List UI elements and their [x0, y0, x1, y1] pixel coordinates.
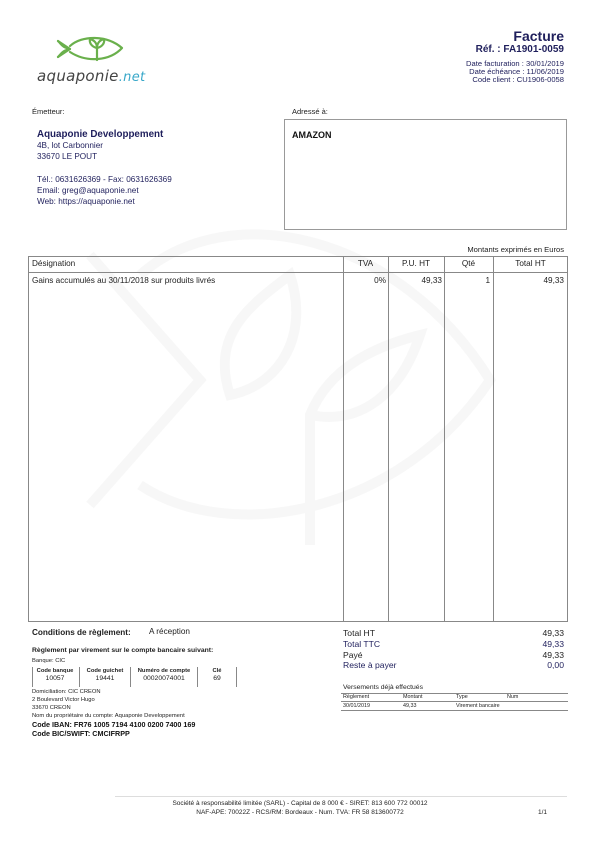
bank-code-value: 10057	[33, 675, 77, 682]
rib-key: Clé 69	[198, 668, 236, 682]
branch-code-header: Code guichet	[80, 668, 130, 674]
bic-swift: Code BIC/SWIFT: CMCIFRPP	[32, 729, 130, 738]
payments-made-title: Versements déjà effectués	[343, 684, 423, 691]
col-header-tva: TVA	[343, 259, 388, 268]
cell-total-ht: 49,33	[493, 276, 564, 285]
account-number: Numéro de compte 00020074001	[131, 668, 197, 682]
table-header-divider	[28, 272, 568, 273]
account-number-value: 00020074001	[131, 675, 197, 682]
account-number-header: Numéro de compte	[131, 668, 197, 674]
emitter-address2: 33670 LE POUT	[37, 152, 97, 161]
bank-name: Banque: CIC	[32, 658, 65, 664]
payments-header-amount: Montant	[403, 694, 422, 700]
remaining-value: 0,00	[547, 660, 564, 670]
payments-header-num: Num	[507, 694, 518, 700]
emitter-email: Email: greg@aquaponie.net	[37, 186, 139, 195]
bank-address2: 33670 CREON	[32, 705, 71, 711]
branch-code: Code guichet 19441	[80, 668, 130, 682]
footer-legal-line1: Société à responsabilité limitée (SARL) …	[100, 800, 500, 807]
bank-divider	[236, 667, 237, 687]
payment-type: Virement bancaire	[456, 703, 500, 709]
emitter-web: Web: https://aquaponie.net	[37, 197, 135, 206]
total-ht-value: 49,33	[542, 628, 564, 638]
payments-divider	[341, 693, 568, 694]
payments-divider	[341, 701, 568, 702]
payment-conditions-label: Conditions de règlement:	[32, 628, 131, 637]
footer-divider	[115, 796, 567, 797]
iban: Code IBAN: FR76 1005 7194 4100 0200 7400…	[32, 720, 195, 729]
total-ttc-value: 49,33	[542, 639, 564, 649]
invoice-ref: Réf. : FA1901-0059	[476, 44, 564, 55]
branch-code-value: 19441	[80, 675, 130, 682]
col-header-pu-ht: P.U. HT	[388, 259, 444, 268]
column-divider	[444, 256, 445, 622]
cell-qty: 1	[444, 276, 490, 285]
rib-key-header: Clé	[198, 668, 236, 674]
currency-note: Montants exprimés en Euros	[467, 245, 564, 254]
rib-key-value: 69	[198, 675, 236, 682]
bank-code: Code banque 10057	[33, 668, 77, 682]
total-ht-label: Total HT	[343, 628, 375, 638]
column-divider	[493, 256, 494, 622]
cell-pu-ht: 49,33	[388, 276, 442, 285]
payments-header-type: Type	[456, 694, 468, 700]
col-header-total-ht: Total HT	[493, 259, 568, 268]
payment-amount: 49,33	[403, 703, 417, 709]
account-owner: Nom du propriétaire du compte: Aquaponie…	[32, 713, 185, 719]
client-code: Code client : CU1906-0058	[472, 75, 564, 84]
bank-address1: 2 Boulevard Victor Hugo	[32, 697, 95, 703]
items-table	[28, 256, 568, 622]
cell-designation: Gains accumulés au 30/11/2018 sur produi…	[32, 276, 215, 285]
payment-conditions-value: A réception	[149, 627, 190, 636]
total-ttc-label: Total TTC	[343, 639, 380, 649]
paid-label: Payé	[343, 650, 363, 660]
col-header-designation: Désignation	[32, 259, 75, 268]
remaining-label: Reste à payer	[343, 660, 397, 670]
recipient-name: AMAZON	[292, 130, 332, 140]
emitter-name: Aquaponie Developpement	[37, 129, 163, 140]
bank-domiciliation: Domiciliation: CIC CREON	[32, 689, 101, 695]
recipient-label: Adressé à:	[292, 107, 328, 116]
col-header-qty: Qté	[444, 259, 493, 268]
page-number: 1/1	[538, 809, 547, 816]
payment-date: 30/01/2019	[343, 703, 370, 709]
column-divider	[388, 256, 389, 622]
footer-legal-line2: NAF-APE: 70022Z - RCS/RM: Bordeaux - Num…	[100, 809, 500, 816]
emitter-address1: 4B, lot Carbonnier	[37, 141, 103, 150]
payments-header-date: Règlement	[343, 694, 369, 700]
bank-transfer-title: Règlement par virement sur le compte ban…	[32, 647, 213, 654]
payments-divider	[341, 710, 568, 711]
document-title: Facture	[513, 28, 564, 44]
bank-code-header: Code banque	[33, 668, 77, 674]
emitter-phone: Tél.: 0631626369 - Fax: 0631626369	[37, 175, 172, 184]
logo-wordmark: aquaponie.net	[37, 67, 145, 85]
paid-value: 49,33	[542, 650, 564, 660]
emitter-label: Émetteur:	[32, 107, 65, 116]
column-divider	[343, 256, 344, 622]
cell-tva: 0%	[343, 276, 386, 285]
